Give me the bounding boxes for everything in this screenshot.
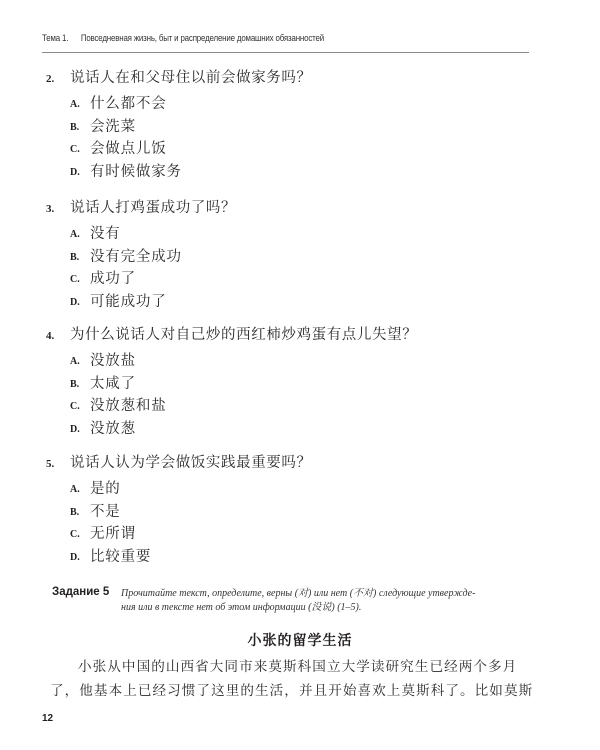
option-a: A. 是的 (46, 478, 566, 501)
question-3: 3. 说话人打鸡蛋成功了吗？ A. 没有 B. 没有完全成功 C. 成功了 D.… (46, 196, 566, 313)
reading-title: 小张的留学生活 (0, 630, 600, 650)
question-number: 4. (46, 324, 54, 348)
option-a: A. 没放盐 (46, 350, 566, 373)
task-instruction-line-1: Прочитайте текст, определите, верны (对) … (121, 587, 541, 601)
option-text: 没放葱和盐 (90, 395, 167, 418)
question-text: 说话人认为学会做饭实践最重要吗？ (70, 451, 312, 475)
option-letter: D. (70, 292, 80, 315)
question-5: 5. 说话人认为学会做饭实践最重要吗？ A. 是的 B. 不是 C. 无所谓 D… (46, 451, 566, 568)
option-b: B. 不是 (46, 501, 566, 524)
option-letter: C. (70, 139, 80, 162)
chapter-number: Тема 1. (42, 33, 68, 43)
task-instruction: Прочитайте текст, определите, верны (对) … (121, 587, 541, 615)
reading-paragraph: 小张从中国的山西省大同市来莫斯科国立大学读研究生已经两个多月 了，他基本上已经习… (50, 655, 520, 703)
paragraph-line-2: 了，他基本上已经习惯了这里的生活，并且开始喜欢上莫斯科了。比如莫斯 (50, 679, 520, 703)
option-text: 什么都不会 (90, 93, 167, 116)
option-text: 没放盐 (90, 350, 136, 373)
option-text: 没有 (90, 223, 121, 246)
task-instruction-line-2: ния или в тексте нет об этом информации … (121, 601, 541, 615)
option-letter: A. (70, 94, 80, 117)
question-text: 说话人打鸡蛋成功了吗？ (70, 196, 236, 220)
option-list: A. 没放盐 B. 太咸了 C. 没放葱和盐 D. 没放葱 (46, 350, 566, 440)
option-letter: B. (70, 247, 79, 270)
option-text: 有时候做家务 (90, 161, 182, 184)
option-text: 太咸了 (90, 373, 136, 396)
option-text: 无所谓 (90, 523, 136, 546)
option-d: D. 没放葱 (46, 418, 566, 441)
option-c: C. 无所谓 (46, 523, 566, 546)
option-b: B. 太咸了 (46, 373, 566, 396)
question-text: 说话人在和父母住以前会做家务吗？ (70, 66, 312, 90)
option-letter: D. (70, 162, 80, 185)
question-number: 3. (46, 197, 54, 221)
option-text: 可能成功了 (90, 291, 167, 314)
option-b: B. 会洗菜 (46, 116, 566, 139)
option-c: C. 会做点儿饭 (46, 138, 566, 161)
running-header: Тема 1. Повседневная жизнь, быт и распре… (42, 33, 470, 43)
option-list: A. 没有 B. 没有完全成功 C. 成功了 D. 可能成功了 (46, 223, 566, 313)
question-text: 为什么说话人对自己炒的西红柿炒鸡蛋有点儿失望？ (70, 323, 417, 347)
option-letter: B. (70, 117, 79, 140)
option-letter: C. (70, 396, 80, 419)
option-letter: A. (70, 351, 80, 374)
option-letter: D. (70, 547, 80, 570)
option-text: 会做点儿饭 (90, 138, 167, 161)
question-number: 2. (46, 67, 54, 91)
option-a: A. 没有 (46, 223, 566, 246)
question-number: 5. (46, 452, 54, 476)
paragraph-line-1: 小张从中国的山西省大同市来莫斯科国立大学读研究生已经两个多月 (50, 655, 520, 679)
option-d: D. 有时候做家务 (46, 161, 566, 184)
option-letter: D. (70, 419, 80, 442)
chapter-title: Повседневная жизнь, быт и распределение … (81, 33, 324, 43)
option-a: A. 什么都不会 (46, 93, 566, 116)
option-text: 没放葱 (90, 418, 136, 441)
option-text: 比较重要 (90, 546, 151, 569)
option-list: A. 什么都不会 B. 会洗菜 C. 会做点儿饭 D. 有时候做家务 (46, 93, 566, 183)
option-letter: B. (70, 374, 79, 397)
option-text: 会洗菜 (90, 116, 136, 139)
header-divider (42, 52, 529, 53)
option-d: D. 比较重要 (46, 546, 566, 569)
option-b: B. 没有完全成功 (46, 246, 566, 269)
option-text: 是的 (90, 478, 121, 501)
question-4: 4. 为什么说话人对自己炒的西红柿炒鸡蛋有点儿失望？ A. 没放盐 B. 太咸了… (46, 323, 566, 440)
option-letter: C. (70, 524, 80, 547)
option-letter: B. (70, 502, 79, 525)
option-text: 成功了 (90, 268, 136, 291)
task-label: Задание 5 (52, 586, 109, 598)
option-list: A. 是的 B. 不是 C. 无所谓 D. 比较重要 (46, 478, 566, 568)
option-letter: A. (70, 479, 80, 502)
page-number: 12 (42, 713, 53, 724)
option-d: D. 可能成功了 (46, 291, 566, 314)
option-letter: C. (70, 269, 80, 292)
option-letter: A. (70, 224, 80, 247)
option-c: C. 成功了 (46, 268, 566, 291)
question-2: 2. 说话人在和父母住以前会做家务吗？ A. 什么都不会 B. 会洗菜 C. 会… (46, 66, 566, 183)
option-c: C. 没放葱和盐 (46, 395, 566, 418)
option-text: 不是 (90, 501, 121, 524)
option-text: 没有完全成功 (90, 246, 182, 269)
